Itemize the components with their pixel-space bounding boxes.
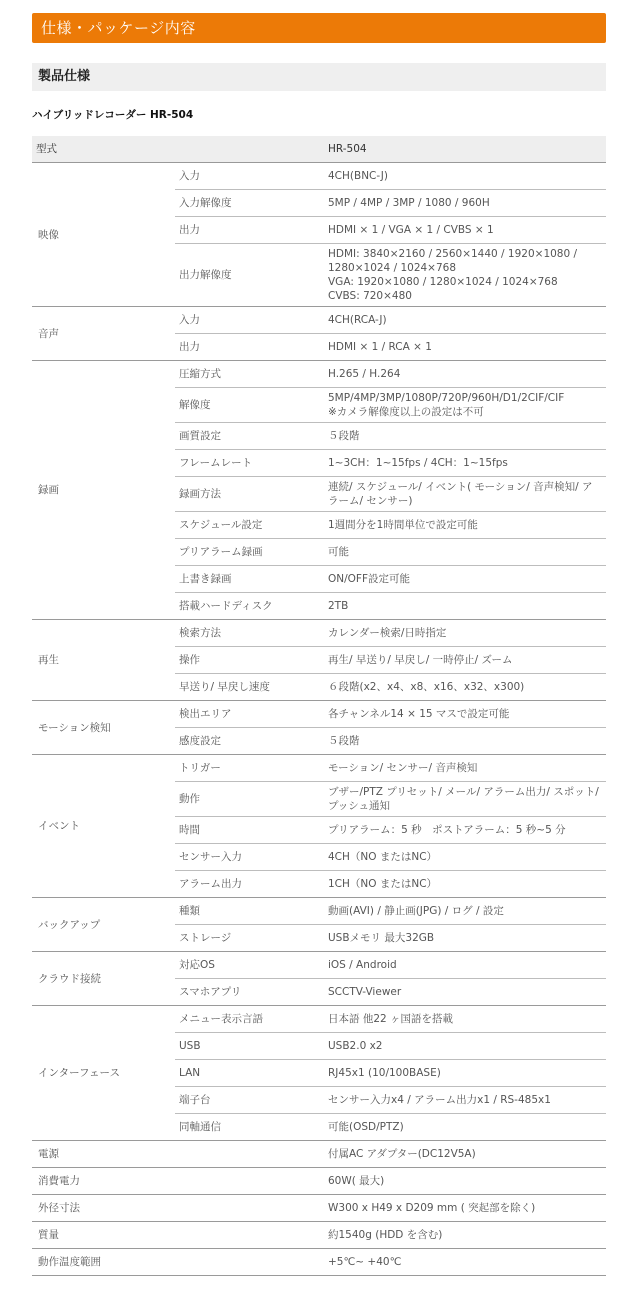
spec-category: クラウド接続 <box>32 952 175 1006</box>
spec-row: 再生検索方法カレンダー検索/日時指定 <box>32 620 606 647</box>
spec-item: 種類 <box>175 898 324 925</box>
spec-item: 検索方法 <box>175 620 324 647</box>
spec-row: 動作温度範囲+5℃~ +40℃ <box>32 1249 606 1276</box>
spec-item: USB <box>175 1033 324 1060</box>
spec-value: 連続/ スケジュール/ イベント( モーション/ 音声検知/ アラーム/ センサ… <box>324 477 606 512</box>
spec-row: 質量約1540g (HDD を含む) <box>32 1222 606 1249</box>
spec-value: 日本語 他22 ヶ国語を搭載 <box>324 1006 606 1033</box>
spec-value: 1週間分を1時間単位で設定可能 <box>324 512 606 539</box>
spec-item: 録画方法 <box>175 477 324 512</box>
spec-value: RJ45x1 (10/100BASE) <box>324 1060 606 1087</box>
spec-value: HDMI × 1 / VGA × 1 / CVBS × 1 <box>324 217 606 244</box>
spec-row: イベントトリガーモーション/ センサー/ 音声検知 <box>32 755 606 782</box>
spec-item: トリガー <box>175 755 324 782</box>
spec-value: ６段階(x2、x4、x8、x16、x32、x300) <box>324 674 606 701</box>
spec-category: インターフェース <box>32 1006 175 1141</box>
spec-value: 約1540g (HDD を含む) <box>324 1222 606 1249</box>
spec-item: プリアラーム録画 <box>175 539 324 566</box>
spec-category: 再生 <box>32 620 175 701</box>
spec-item: 対応OS <box>175 952 324 979</box>
spec-value: H.265 / H.264 <box>324 361 606 388</box>
spec-category: 映像 <box>32 163 175 307</box>
spec-value: 可能(OSD/PTZ) <box>324 1114 606 1141</box>
spec-category: 消費電力 <box>32 1168 324 1195</box>
spec-item: 入力解像度 <box>175 190 324 217</box>
spec-category: イベント <box>32 755 175 898</box>
spec-row: 電源付属AC アダプター(DC12V5A) <box>32 1141 606 1168</box>
spec-row: 録画圧縮方式H.265 / H.264 <box>32 361 606 388</box>
spec-item: 入力 <box>175 163 324 190</box>
spec-item: 操作 <box>175 647 324 674</box>
spec-category: 録画 <box>32 361 175 620</box>
spec-value: HDMI × 1 / RCA × 1 <box>324 334 606 361</box>
spec-value: W300 x H49 x D209 mm ( 突起部を除く) <box>324 1195 606 1222</box>
spec-category: 電源 <box>32 1141 324 1168</box>
spec-value: ５段階 <box>324 728 606 755</box>
spec-item: 出力解像度 <box>175 244 324 307</box>
spec-value: ５段階 <box>324 423 606 450</box>
model-value: HR-504 <box>324 136 606 163</box>
page-content: 仕様・パッケージ内容 製品仕様 ハイブリッドレコーダー HR-504 型式 HR… <box>32 13 606 1276</box>
spec-item: 解像度 <box>175 388 324 423</box>
spec-row: 映像入力4CH(BNC-J) <box>32 163 606 190</box>
spec-category: 外径寸法 <box>32 1195 324 1222</box>
spec-row: モーション検知検出エリア各チャンネル14 × 15 マスで設定可能 <box>32 701 606 728</box>
spec-item: 時間 <box>175 817 324 844</box>
spec-category: 動作温度範囲 <box>32 1249 324 1276</box>
spec-value: モーション/ センサー/ 音声検知 <box>324 755 606 782</box>
spec-value: 60W( 最大) <box>324 1168 606 1195</box>
spec-item: ストレージ <box>175 925 324 952</box>
spec-value: +5℃~ +40℃ <box>324 1249 606 1276</box>
spec-category: バックアップ <box>32 898 175 952</box>
spec-item: フレームレート <box>175 450 324 477</box>
spec-value: 再生/ 早送り/ 早戻し/ 一時停止/ ズーム <box>324 647 606 674</box>
spec-value: 1CH（NO またはNC） <box>324 871 606 898</box>
spec-row: 音声入力4CH(RCA-J) <box>32 307 606 334</box>
spec-header-row: 型式 HR-504 <box>32 136 606 163</box>
spec-value: 動画(AVI) / 静止画(JPG) / ログ / 設定 <box>324 898 606 925</box>
spec-item: 同軸通信 <box>175 1114 324 1141</box>
spec-value: 各チャンネル14 × 15 マスで設定可能 <box>324 701 606 728</box>
spec-category: 質量 <box>32 1222 324 1249</box>
spec-item: スケジュール設定 <box>175 512 324 539</box>
spec-item: 圧縮方式 <box>175 361 324 388</box>
spec-item: 搭載ハードディスク <box>175 593 324 620</box>
spec-value: ブザー/PTZ プリセット/ メール/ アラーム出力/ スポット/ プッシュ通知 <box>324 782 606 817</box>
product-title: ハイブリッドレコーダー HR-504 <box>32 107 606 123</box>
spec-value: HDMI: 3840×2160 / 2560×1440 / 1920×1080 … <box>324 244 606 307</box>
spec-row: クラウド接続対応OSiOS / Android <box>32 952 606 979</box>
spec-item: アラーム出力 <box>175 871 324 898</box>
section-heading: 製品仕様 <box>32 63 606 91</box>
spec-category: モーション検知 <box>32 701 175 755</box>
spec-value: 4CH(BNC-J) <box>324 163 606 190</box>
model-label: 型式 <box>32 136 324 163</box>
spec-table-body: 型式 HR-504 映像入力4CH(BNC-J)入力解像度5MP / 4MP /… <box>32 136 606 1276</box>
spec-item: 早送り/ 早戻し速度 <box>175 674 324 701</box>
spec-value: ON/OFF設定可能 <box>324 566 606 593</box>
spec-value: 5MP / 4MP / 3MP / 1080 / 960H <box>324 190 606 217</box>
spec-row: 消費電力60W( 最大) <box>32 1168 606 1195</box>
spec-value: 可能 <box>324 539 606 566</box>
spec-item: 端子台 <box>175 1087 324 1114</box>
spec-value: センサー入力x4 / アラーム出力x1 / RS-485x1 <box>324 1087 606 1114</box>
spec-value: 5MP/4MP/3MP/1080P/720P/960H/D1/2CIF/CIF … <box>324 388 606 423</box>
spec-row: 外径寸法W300 x H49 x D209 mm ( 突起部を除く) <box>32 1195 606 1222</box>
spec-table: 型式 HR-504 映像入力4CH(BNC-J)入力解像度5MP / 4MP /… <box>32 136 606 1276</box>
spec-item: LAN <box>175 1060 324 1087</box>
spec-item: 検出エリア <box>175 701 324 728</box>
spec-item: 動作 <box>175 782 324 817</box>
spec-value: 4CH（NO またはNC） <box>324 844 606 871</box>
spec-value: カレンダー検索/日時指定 <box>324 620 606 647</box>
section-banner: 仕様・パッケージ内容 <box>32 13 606 43</box>
spec-row: インターフェースメニュー表示言語日本語 他22 ヶ国語を搭載 <box>32 1006 606 1033</box>
spec-item: 画質設定 <box>175 423 324 450</box>
spec-item: センサー入力 <box>175 844 324 871</box>
spec-value: USBメモリ 最大32GB <box>324 925 606 952</box>
spec-item: メニュー表示言語 <box>175 1006 324 1033</box>
spec-value: iOS / Android <box>324 952 606 979</box>
spec-category: 音声 <box>32 307 175 361</box>
spec-item: 感度設定 <box>175 728 324 755</box>
spec-value: SCCTV-Viewer <box>324 979 606 1006</box>
spec-item: 入力 <box>175 307 324 334</box>
spec-value: 付属AC アダプター(DC12V5A) <box>324 1141 606 1168</box>
spec-value: プリアラーム：5 秒 ポストアラーム：5 秒~5 分 <box>324 817 606 844</box>
spec-row: バックアップ種類動画(AVI) / 静止画(JPG) / ログ / 設定 <box>32 898 606 925</box>
spec-item: 出力 <box>175 334 324 361</box>
spec-item: 上書き録画 <box>175 566 324 593</box>
spec-value: 4CH(RCA-J) <box>324 307 606 334</box>
spec-value: 2TB <box>324 593 606 620</box>
spec-value: 1~3CH：1~15fps / 4CH：1~15fps <box>324 450 606 477</box>
spec-item: 出力 <box>175 217 324 244</box>
spec-value: USB2.0 x2 <box>324 1033 606 1060</box>
spec-item: スマホアプリ <box>175 979 324 1006</box>
